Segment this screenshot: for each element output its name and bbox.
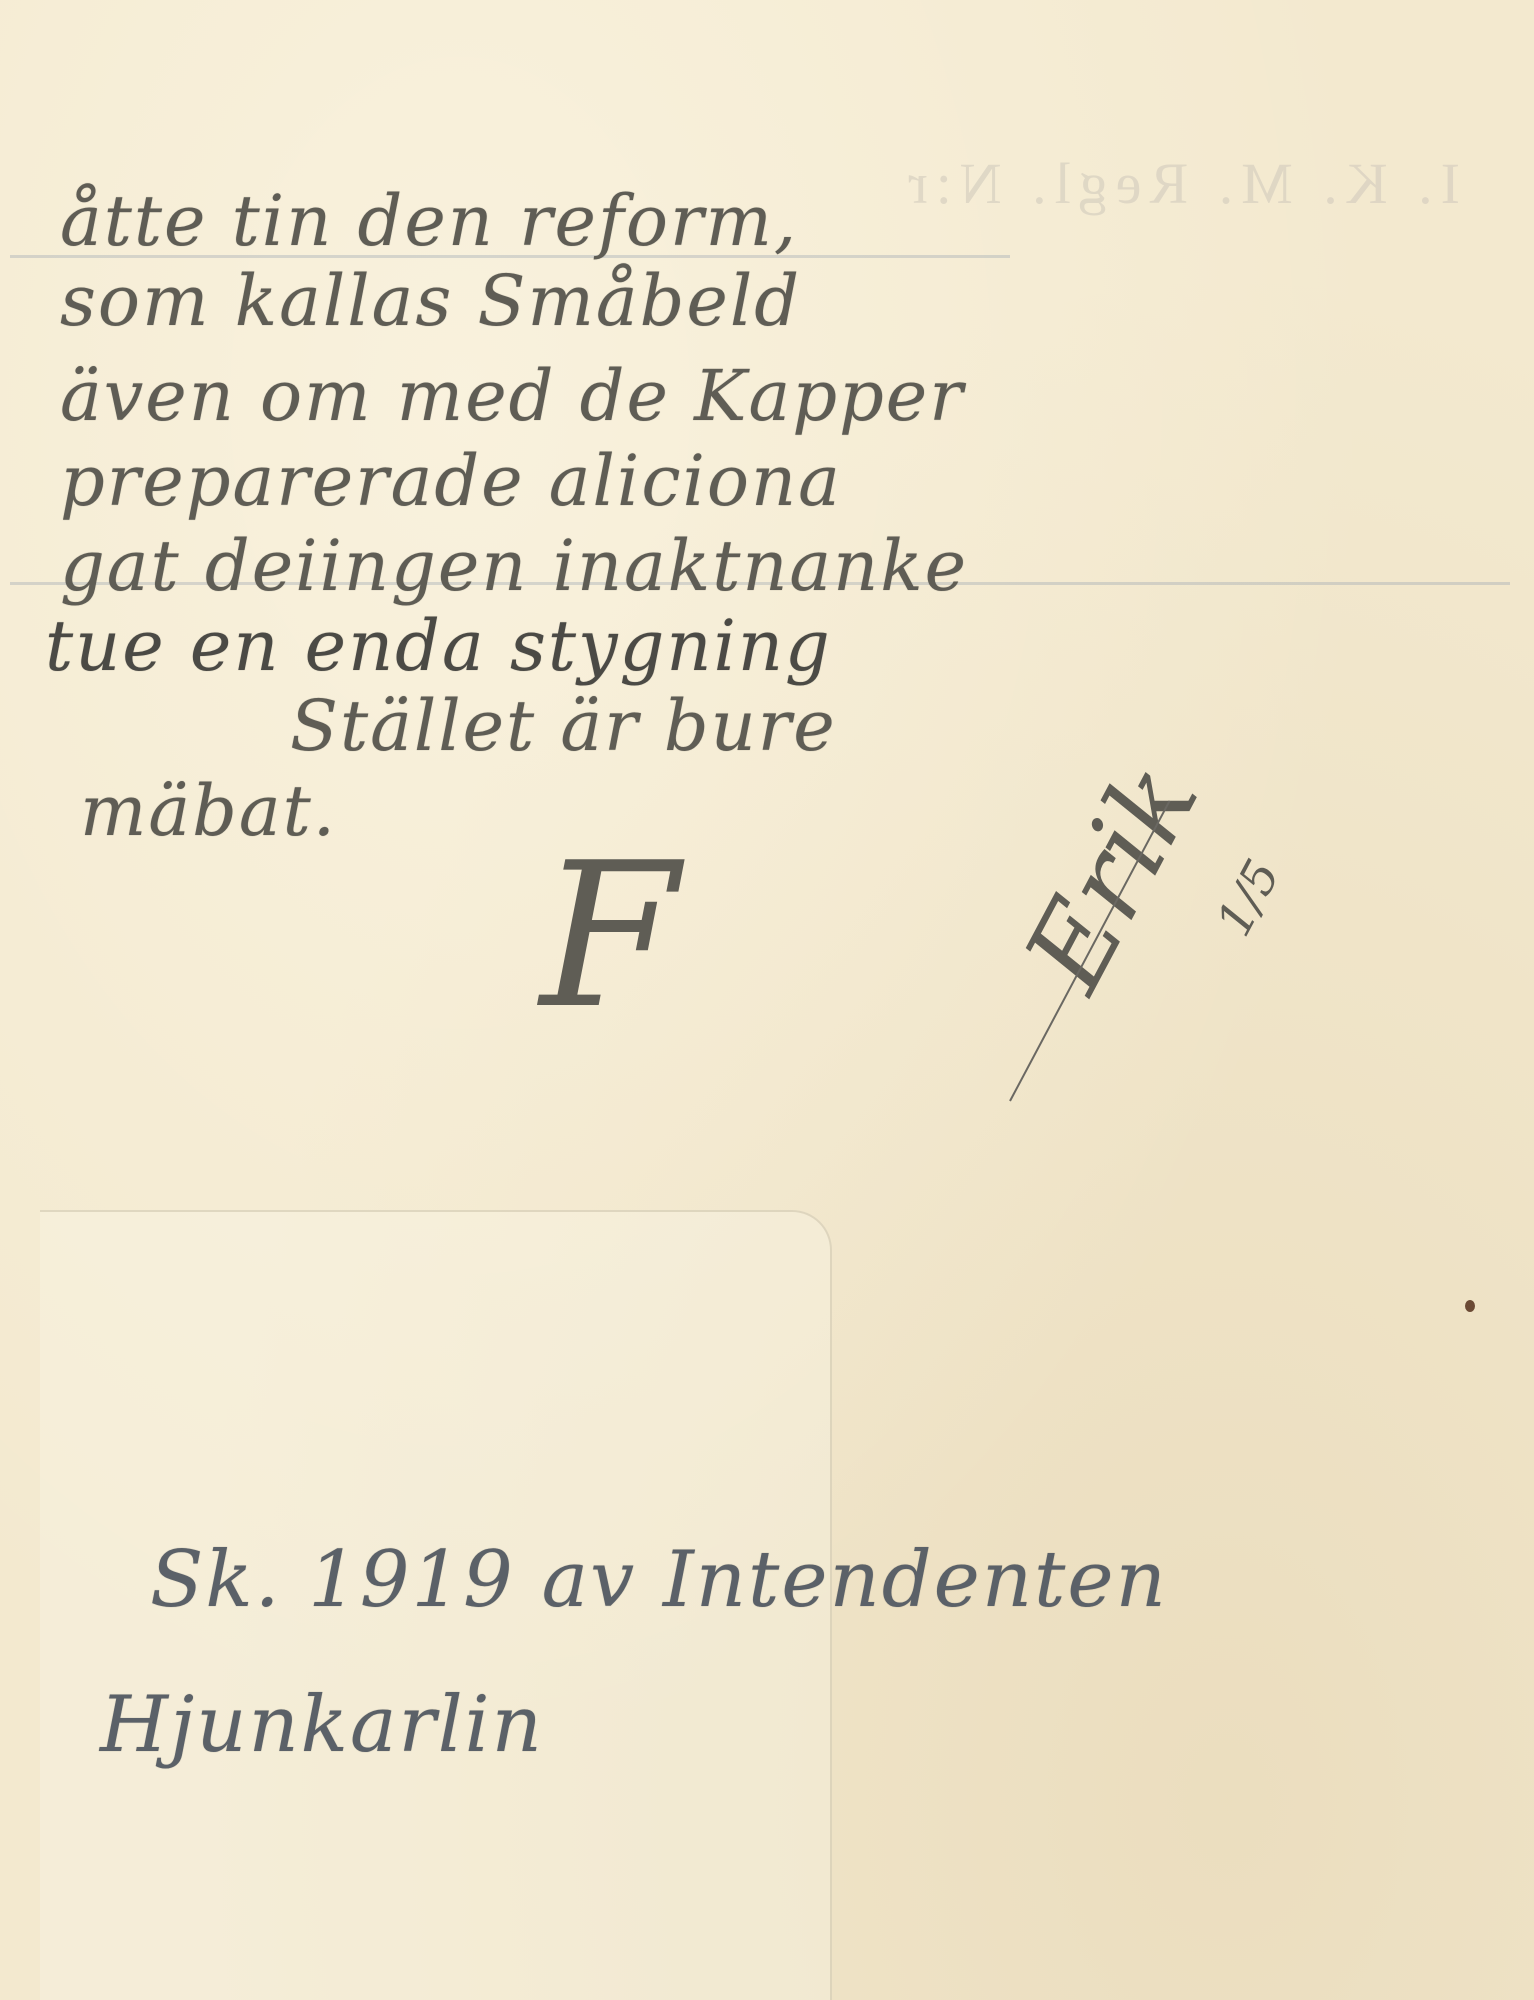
body-line-3: även om med de Kapper bbox=[60, 355, 965, 437]
body-line-8: mäbat. bbox=[80, 770, 337, 852]
signature: Erik bbox=[1000, 743, 1223, 1010]
body-line-4: preparerade aliciona bbox=[60, 440, 842, 522]
body-line-7: Stället är bure bbox=[290, 685, 837, 767]
ink-spot bbox=[1465, 1300, 1475, 1312]
body-line-1: åtte tin den reform, bbox=[60, 180, 798, 262]
letter-page: I. K. M. Regl. N:r åtte tin den reform, … bbox=[0, 0, 1534, 2000]
signature-superscript: 1/5 bbox=[1206, 851, 1292, 945]
body-line-5: gat deiingen inaktnanke bbox=[60, 525, 968, 607]
archive-note-line-1: Sk. 1919 av Intendenten bbox=[150, 1535, 1168, 1625]
initial-mark: F bbox=[540, 820, 679, 1053]
body-line-2: som kallas Småbeld bbox=[60, 260, 801, 342]
archive-note-line-2: Hjunkarlin bbox=[100, 1680, 544, 1770]
body-line-6: tue en enda stygning bbox=[45, 605, 832, 687]
